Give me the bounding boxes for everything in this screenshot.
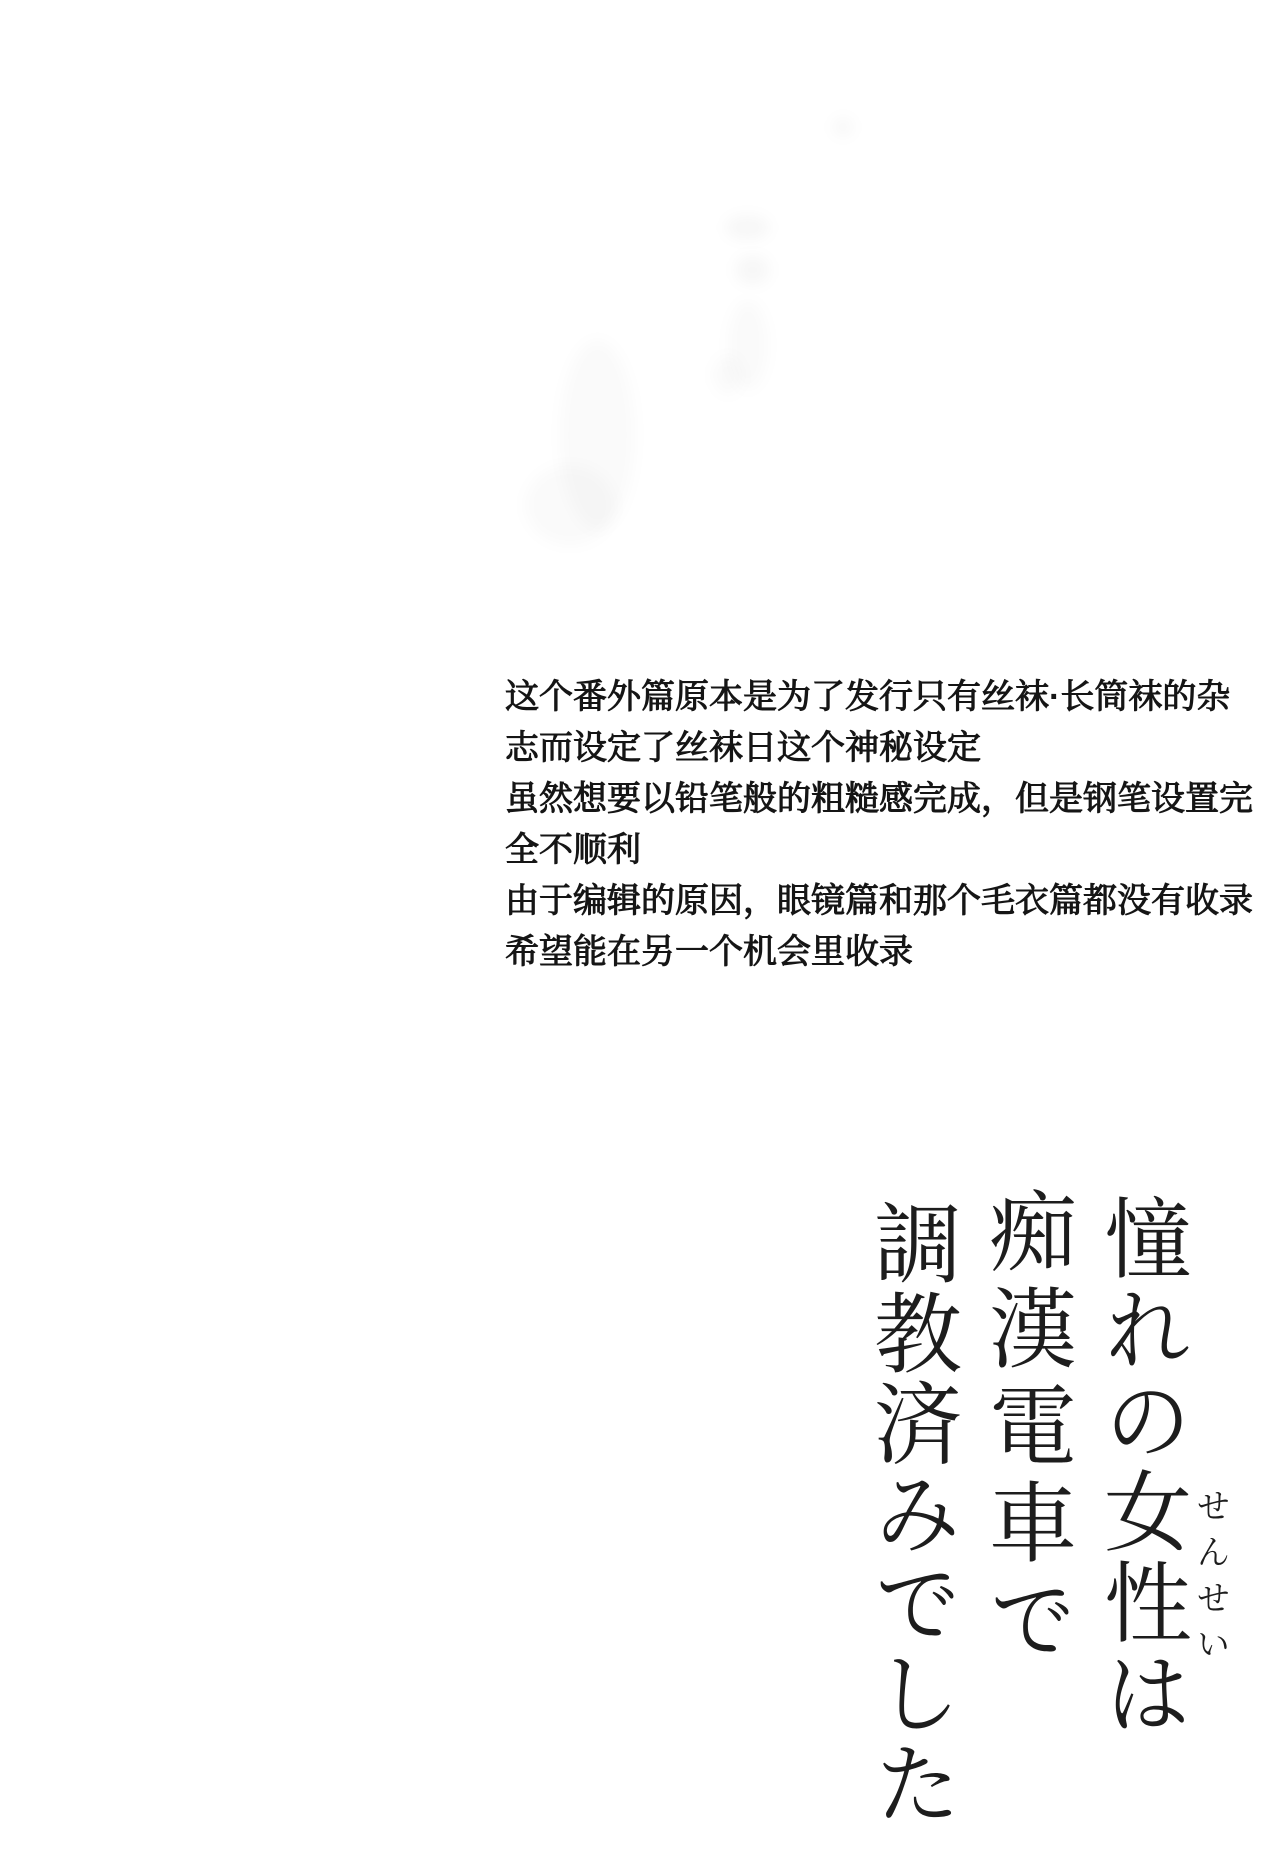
title-column-left: 調教済みでした <box>861 1198 958 1828</box>
afterword-line: 这个番外篇原本是为了发行只有丝袜·长筒袜的杂 <box>505 672 1253 723</box>
afterword-line: 虽然想要以铅笔般的粗糙感完成，但是钢笔设置完 <box>505 774 1253 825</box>
title-furigana: せんせい <box>1189 1488 1229 1672</box>
title-column-right: 憧れの女性は <box>1091 1193 1188 1739</box>
afterword-text: 这个番外篇原本是为了发行只有丝袜·长筒袜的杂 志而设定了丝袜日这个神秘设定 虽然… <box>505 672 1253 978</box>
title-column-middle: 痴漢電車で <box>976 1186 1073 1671</box>
bleed-through-smudge <box>735 255 770 285</box>
bleed-through-smudge <box>833 118 853 136</box>
bleed-through-smudge <box>725 215 770 240</box>
bleed-through-smudge <box>525 465 615 545</box>
scanned-page: 这个番外篇原本是为了发行只有丝袜·长筒袜的杂 志而设定了丝袜日这个神秘设定 虽然… <box>0 0 1280 1849</box>
afterword-line: 希望能在另一个机会里收录 <box>505 927 1253 978</box>
afterword-line: 全不顺利 <box>505 825 1253 876</box>
afterword-line: 志而设定了丝袜日这个神秘设定 <box>505 723 1253 774</box>
bleed-through-smudge <box>713 355 743 395</box>
afterword-line: 由于编辑的原因，眼镜篇和那个毛衣篇都没有收录 <box>505 876 1253 927</box>
